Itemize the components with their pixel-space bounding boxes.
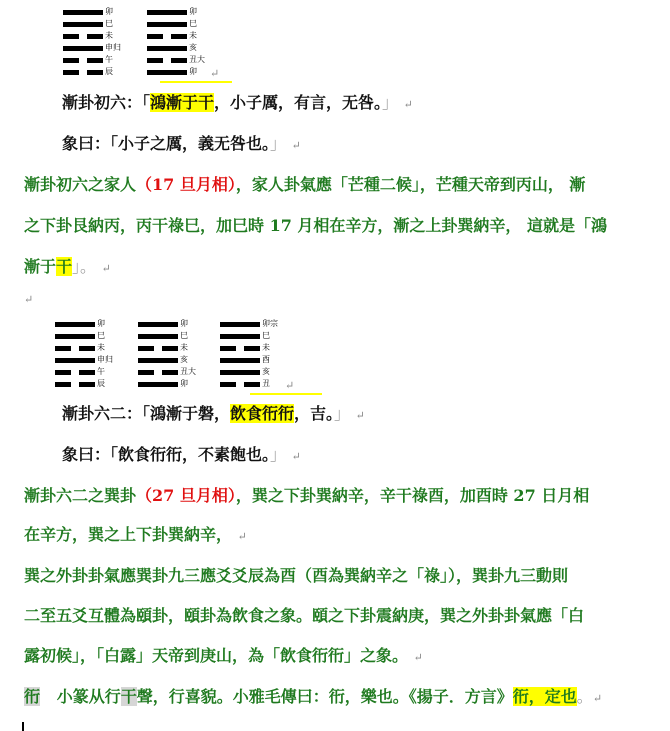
line-label: 卯 (189, 67, 197, 77)
paragraph-mark: ↵ (593, 692, 602, 705)
line-label: 巳 (105, 19, 113, 29)
paragraph-mark: ↵ (404, 98, 413, 111)
line-label: 卯 (180, 379, 188, 389)
paragraph-mark: ↵ (356, 409, 365, 422)
commentary-line-1: 漸卦初六之家人（17 旦月相），家人卦氣應「芒種二候」，芒種天帝到丙山， 漸 (24, 175, 585, 195)
yin-line (147, 34, 187, 39)
yang-line (138, 358, 178, 363)
text-line-jian-chu-liu: 漸卦初六：「鴻漸于干，小子厲，有言，无咎。」 ↵ (62, 93, 413, 115)
highlight-underline (160, 81, 232, 83)
moon-phase-27: （27 旦月相） (136, 486, 236, 505)
yang-line (220, 334, 260, 339)
paragraph-mark: ↵ (292, 139, 301, 152)
char-gan: 干 (121, 687, 137, 706)
yang-line (138, 334, 178, 339)
line-label: 卯 (105, 7, 113, 17)
paragraph-mark: ↵ (292, 450, 301, 463)
line-label: 卯 (189, 7, 197, 17)
yang-line (138, 382, 178, 387)
commentary-line-7: 二至五爻互體為頤卦，頤卦為飲食之象。頤之下卦震納庚，巽之外卦卦氣應「白 (24, 606, 584, 626)
yin-line (55, 346, 95, 351)
line-label: 申归 (105, 43, 121, 53)
highlight-underline (250, 393, 322, 395)
yang-line (220, 358, 260, 363)
line-label: 午 (97, 367, 105, 377)
line-label: 巳 (262, 331, 270, 341)
yang-line (55, 334, 95, 339)
line-label: 丑 (262, 379, 270, 389)
yin-line (138, 370, 178, 375)
line-label: 卯宗 (262, 319, 278, 329)
commentary-line-2: 之下卦艮納丙，丙干祿巳，加巳時 17 月相在辛方，漸之上卦巽納辛， 這就是「鴻 (24, 216, 607, 236)
commentary-line-5: 在辛方，巽之上下卦巽納辛， ↵ (24, 525, 247, 547)
yin-line (138, 346, 178, 351)
yin-line (55, 370, 95, 375)
text-line-jian-liu-er: 漸卦六二：「鴻漸于磐，飲食衎衎，吉。」 ↵ (62, 404, 365, 426)
yang-line (55, 322, 95, 327)
text-line-xiang-yue-2: 象曰：「飲食衎衎，不素飽也。」 ↵ (62, 445, 301, 467)
line-label: 巳 (180, 331, 188, 341)
line-label: 巳 (97, 331, 105, 341)
yang-line (147, 22, 187, 27)
yang-line (63, 22, 103, 27)
line-label: 亥 (262, 367, 270, 377)
line-label: 卯 (97, 319, 105, 329)
line-label: 未 (105, 31, 113, 41)
yin-line (63, 34, 103, 39)
yin-line (147, 58, 187, 63)
char-kan: 衎 (24, 687, 40, 706)
line-label: 申归 (97, 355, 113, 365)
yang-line (147, 70, 187, 75)
line-label: 未 (262, 343, 270, 353)
yang-line (220, 370, 260, 375)
text-line-xiang-yue-1: 象曰：「小子之厲，義无咎也。」 ↵ (62, 134, 301, 156)
commentary-line-6: 巽之外卦卦氣應巽卦九三應爻爻辰為酉（酉為巽納辛之「祿」），巽卦九三動則 (24, 566, 568, 586)
yin-line (220, 346, 260, 351)
yang-line (55, 358, 95, 363)
line-label: 巳 (189, 19, 197, 29)
line-label: 辰 (105, 67, 113, 77)
yin-line (55, 382, 95, 387)
etymology-line: 衎 小篆从行干聲，行喜貌。小雅毛傳曰：衎，樂也。《揚子．方言》衎，定也。↵ (24, 687, 602, 709)
yin-line (220, 382, 260, 387)
highlight-yin-shi-kan-kan: 飲食衎衎 (230, 404, 294, 423)
line-label: 亥 (180, 355, 188, 365)
line-label: 未 (97, 343, 105, 353)
yang-line (147, 46, 187, 51)
yang-line (220, 322, 260, 327)
commentary-line-4: 漸卦六二之巽卦（27 旦月相），巽之下卦巽納辛，辛干祿酉，加酉時 27 日月相 (24, 486, 589, 506)
line-label: 未 (180, 343, 188, 353)
paragraph-mark: ↵ (238, 530, 247, 543)
highlight-hong-jian-yu-gan: 鴻漸于干 (150, 93, 214, 112)
commentary-line-8: 露初候」，「白露」天帝到庚山，為「飲食衎衎」之象。 ↵ (24, 646, 423, 668)
yang-line (138, 322, 178, 327)
commentary-line-3: 漸于干」。 ↵ (24, 257, 111, 279)
yang-line (63, 10, 103, 15)
empty-paragraph-mark: ↵ (24, 290, 33, 310)
text-cursor (22, 722, 24, 731)
moon-phase-17: （17 旦月相） (136, 175, 236, 194)
line-label: 未 (189, 31, 197, 41)
line-label: 亥 (189, 43, 197, 53)
line-label: 辰 (97, 379, 105, 389)
yang-line (147, 10, 187, 15)
line-label: 丑大 (189, 55, 205, 65)
paragraph-mark: ↵ (414, 651, 423, 664)
highlight-kan-ding-ye: 衎，定也 (513, 687, 577, 706)
line-label: 酉 (262, 355, 270, 365)
yin-line (63, 70, 103, 75)
yin-line (63, 58, 103, 63)
highlight-gan: 干 (56, 257, 72, 276)
line-label: 卯 (180, 319, 188, 329)
paragraph-mark: ↵ (102, 262, 111, 275)
line-label: 午 (105, 55, 113, 65)
line-label: 丑大 (180, 367, 196, 377)
yang-line (63, 46, 103, 51)
